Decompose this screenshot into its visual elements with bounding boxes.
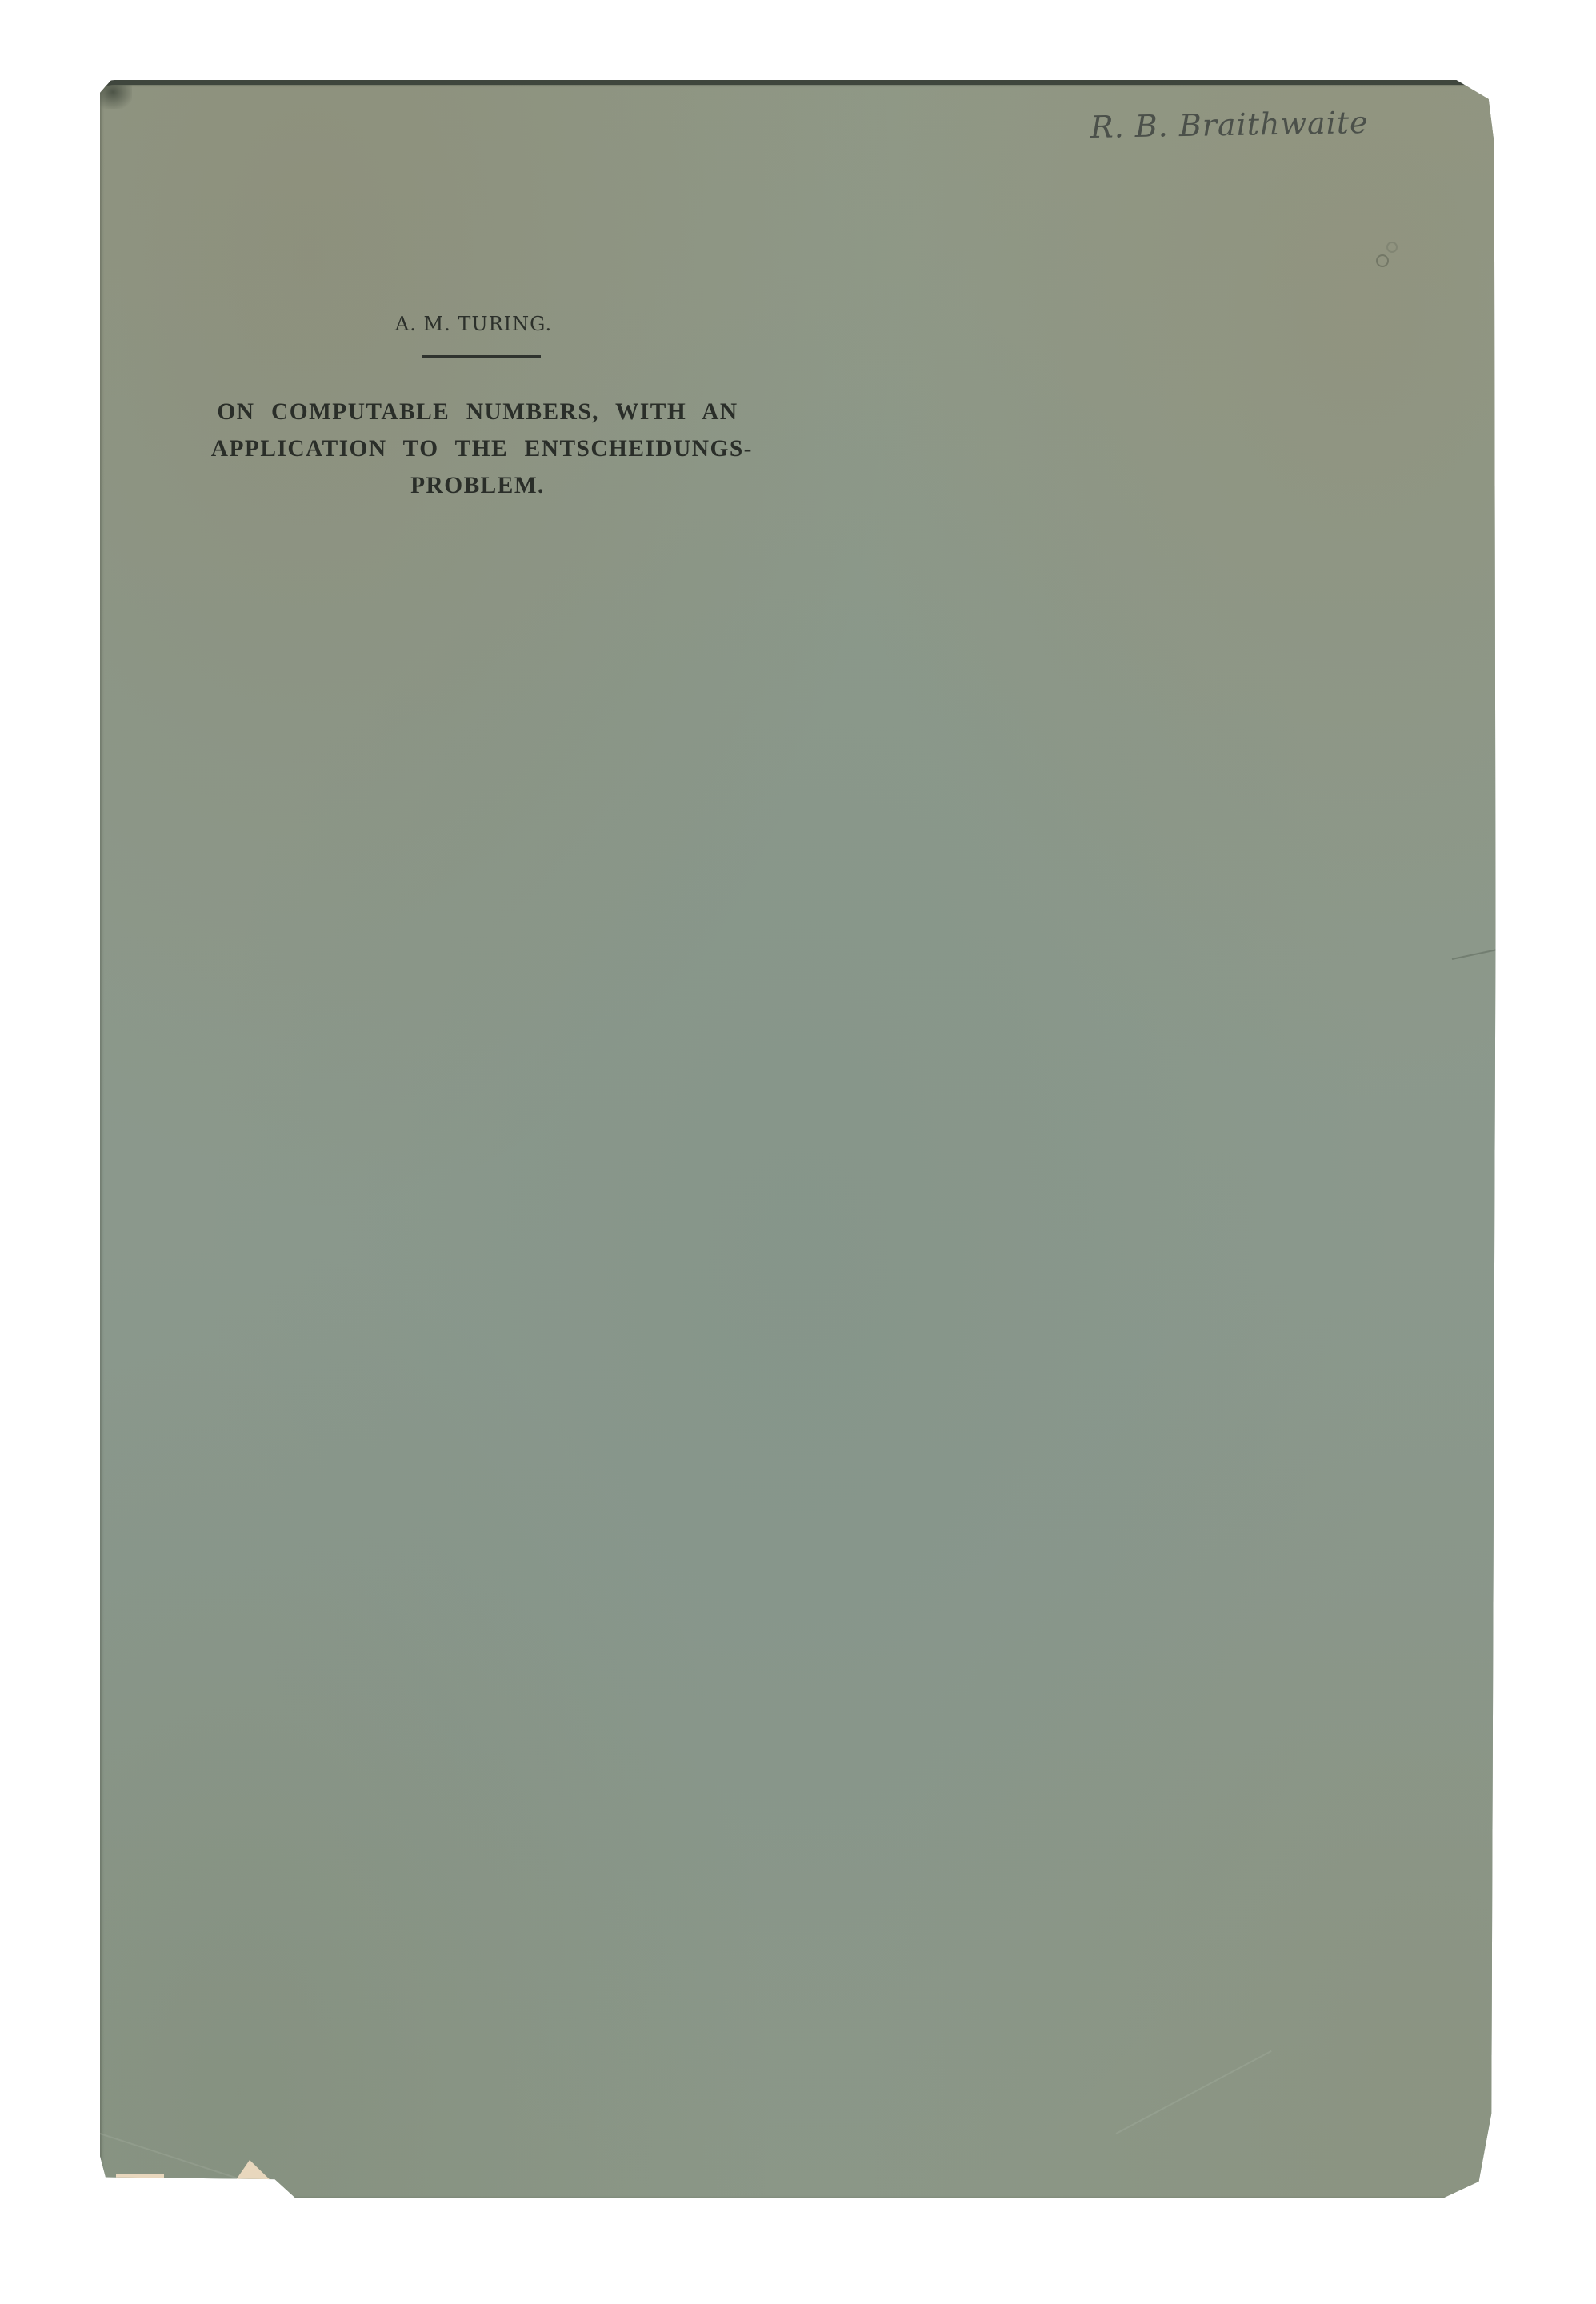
stain-mark (1386, 242, 1398, 253)
title-line-2: APPLICATION TO THE ENTSCHEIDUNGS- (211, 430, 744, 467)
torn-corner (232, 2160, 276, 2186)
crease-mark (100, 2133, 238, 2179)
document-title: ON COMPUTABLE NUMBERS, WITH AN APPLICATI… (211, 394, 744, 504)
edge-wear (100, 85, 132, 109)
document-cover: R. B. Braithwaite A. M. TURING. ON COMPU… (100, 80, 1498, 2198)
handwritten-inscription: R. B. Braithwaite (1090, 105, 1369, 145)
title-rule (422, 355, 541, 358)
crease-mark (1116, 2050, 1272, 2134)
crease-mark (1452, 946, 1507, 960)
stain-mark (1376, 254, 1389, 267)
author-name: A. M. TURING. (100, 313, 847, 335)
torn-corner (116, 2174, 164, 2186)
title-line-3: PROBLEM. (211, 467, 744, 504)
title-line-1: ON COMPUTABLE NUMBERS, WITH AN (211, 394, 744, 430)
